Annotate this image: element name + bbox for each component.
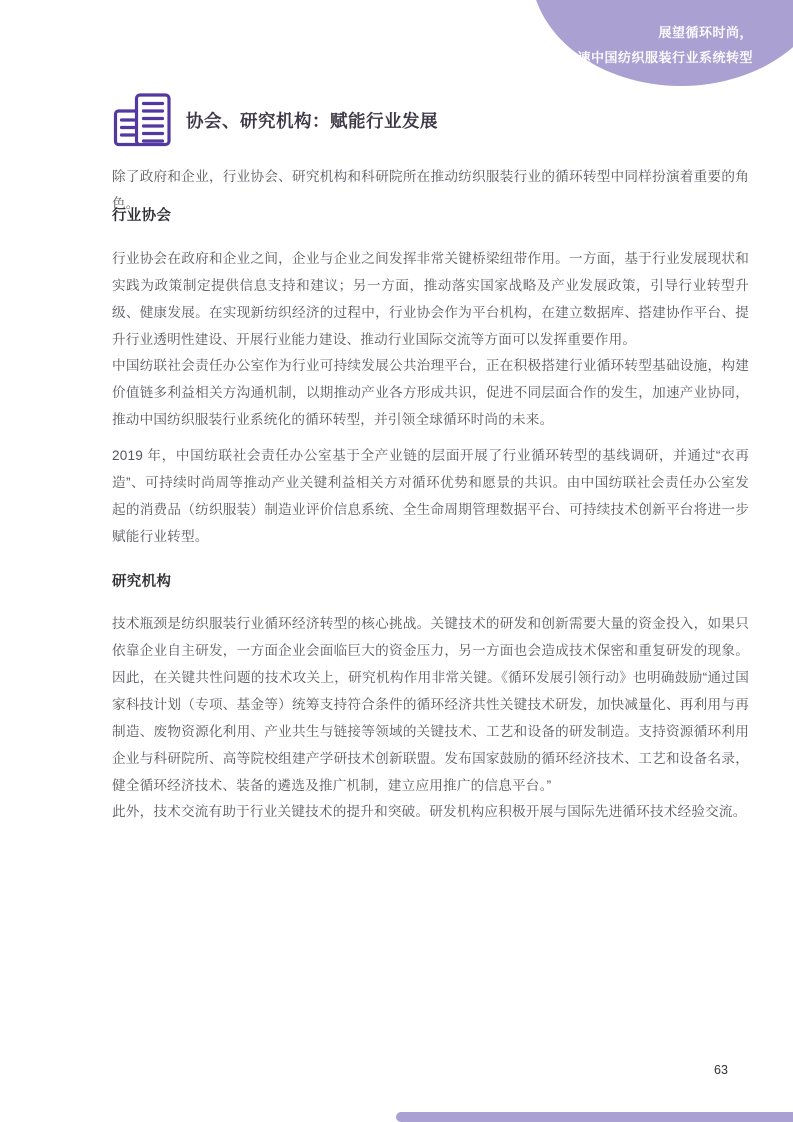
section-title-row: 协会、研究机构：赋能行业发展	[112, 93, 438, 147]
report-page: 展望循环时尚， 加速中国纺织服装行业系统转型 协会、研究机构：赋能行业发展 除了…	[0, 0, 793, 1122]
association-paragraph-1: 行业协会在政府和企业之间，企业与企业之间发挥非常关键桥梁纽带作用。一方面，基于行…	[112, 245, 749, 353]
page-title: 协会、研究机构：赋能行业发展	[186, 108, 438, 133]
buildings-icon	[112, 93, 172, 147]
banner-line-1: 展望循环时尚，	[564, 20, 753, 45]
intro-paragraph: 除了政府和企业，行业协会、研究机构和科研院所在推动纺织服装行业的循环转型中同样扮…	[112, 163, 749, 217]
report-banner: 展望循环时尚， 加速中国纺织服装行业系统转型	[564, 20, 753, 70]
banner-line-2: 加速中国纺织服装行业系统转型	[564, 45, 753, 70]
association-paragraph-3: 2019 年，中国纺联社会责任办公室基于全产业链的层面开展了行业循环转型的基线调…	[112, 442, 749, 550]
research-paragraph-2: 此外，技术交流有助于行业关键技术的提升和突破。研发机构应积极开展与国际先进循环技…	[112, 798, 749, 825]
section-heading-industry-association: 行业协会	[112, 204, 171, 225]
footer-decoration-bar	[396, 1112, 793, 1122]
research-paragraph-1: 技术瓶颈是纺织服装行业循环经济转型的核心挑战。关键技术的研发和创新需要大量的资金…	[112, 610, 749, 799]
section-heading-research-institution: 研究机构	[112, 570, 171, 591]
page-number: 63	[714, 1063, 728, 1077]
association-paragraph-2: 中国纺联社会责任办公室作为行业可持续发展公共治理平台，正在积极搭建行业循环转型基…	[112, 352, 749, 433]
